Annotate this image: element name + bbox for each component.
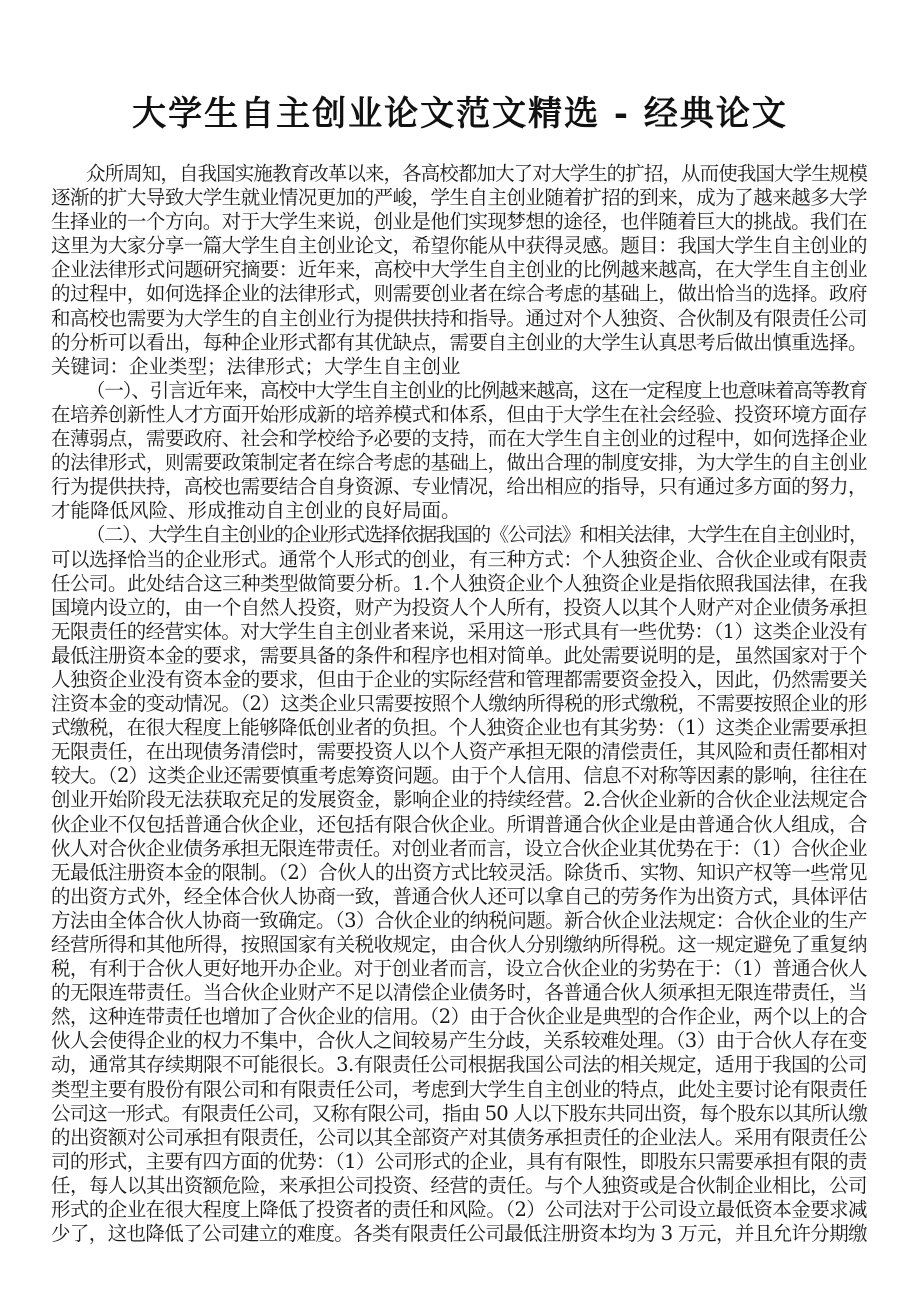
- text-line: 类型主要有股份有限公司和有限责任公司，考虑到大学生自主创业的特点，此处主要讨论有…: [51, 1078, 867, 1102]
- text-line: 创业开始阶段无法获取充足的发展资金，影响企业的持续经营。2.合伙企业新的合伙企业…: [51, 788, 867, 812]
- text-line: （一）、引言近年来，高校中大学生自主创业的比例越来越高，这在一定程度上也意味着高…: [51, 379, 867, 403]
- text-line: 动，通常其存续期限不可能很长。3.有限责任公司根据我国公司法的相关规定，适用于我…: [51, 1053, 867, 1077]
- text-line: 最低注册资本金的要求，需要具备的条件和程序也相对简单。此处需要说明的是，虽然国家…: [51, 644, 867, 668]
- text-line: 在培养创新性人才方面开始形成新的培养模式和体系，但由于大学生在社会经验、投资环境…: [51, 403, 867, 427]
- text-line: 伙企业不仅包括普通合伙企业，还包括有限合伙企业。所谓普通合伙企业是由普通合伙人组…: [51, 813, 867, 837]
- text-line: 人独资企业没有资本金的要求，但由于企业的实际经营和管理都需要资金投入，因此，仍然…: [51, 668, 867, 692]
- text-line: 无限责任的经营实体。对大学生自主创业者来说，采用这一形式具有一些优势：（1）这类…: [51, 620, 867, 644]
- text-line: 这里为大家分享一篇大学生自主创业论文，希望你能从中获得灵感。题目：我国大学生自主…: [51, 234, 867, 258]
- text-line: 方法由全体合伙人协商一致确定。（3）合伙企业的纳税问题。新合伙企业法规定：合伙企…: [51, 909, 867, 933]
- text-line: 国境内设立的，由一个自然人投资，财产为投资人个人所有，投资人以其个人财产对企业债…: [51, 596, 867, 620]
- document-title: 大学生自主创业论文范文精选 - 经典论文: [0, 86, 920, 135]
- text-line: 众所周知，自我国实施教育改革以来，各高校都加大了对大学生的扩招，从而使我国大学生…: [51, 162, 867, 186]
- text-line: 和高校也需要为大学生的自主创业行为提供扶持和指导。通过对个人独资、合伙制及有限责…: [51, 307, 867, 331]
- text-line: 伙人对合伙企业债务承担无限连带责任。对创业者而言，设立合伙企业其优势在于：（1）…: [51, 837, 867, 861]
- text-line: 税，有利于合伙人更好地开办企业。对于创业者而言，设立合伙企业的劣势在于：（1）普…: [51, 957, 867, 981]
- text-line: 的出资方式外，经全体合伙人协商一致，普通合伙人还可以拿自己的劳务作为出资方式，具…: [51, 885, 867, 909]
- text-line: 行为提供扶持，高校也需要结合自身资源、专业情况，给出相应的指导，只有通过多方面的…: [51, 475, 867, 499]
- text-line: 企业法律形式问题研究摘要：近年来，高校中大学生自主创业的比例越来越高，在大学生自…: [51, 258, 867, 282]
- text-line: 逐渐的扩大导致大学生就业情况更加的严峻，学生自主创业随着扩招的到来，成为了越来越…: [51, 186, 867, 210]
- text-line: 可以选择恰当的企业形式。通常个人形式的创业，有三种方式：个人独资企业、合伙企业或…: [51, 548, 867, 572]
- text-line: 较大。（2）这类企业还需要慎重考虑筹资问题。由于个人信用、信息不对称等因素的影响…: [51, 764, 867, 788]
- text-line: 式缴税，在很大程度上能够降低创业者的负担。个人独资企业也有其劣势：（1）这类企业…: [51, 716, 867, 740]
- text-line: 的分析可以看出，每种企业形式都有其优缺点，需要自主创业的大学生认真思考后做出慎重…: [51, 331, 867, 355]
- text-line: 伙人会使得企业的权力不集中，合伙人之间较易产生分歧，关系较难处理。（3）由于合伙…: [51, 1029, 867, 1053]
- text-line: 形式的企业在很大程度上降低了投资者的责任和风险。（2）公司法对于公司设立最低资本…: [51, 1198, 867, 1222]
- text-line: 在薄弱点，需要政府、社会和学校给予必要的支持，而在大学生自主创业的过程中，如何选…: [51, 427, 867, 451]
- text-line: 无最低注册资本金的限制。（2）合伙人的出资方式比较灵活。除货币、实物、知识产权等…: [51, 861, 867, 885]
- document-page: 大学生自主创业论文范文精选 - 经典论文 众所周知，自我国实施教育改革以来，各高…: [0, 0, 920, 1302]
- text-line: 任公司。此处结合这三种类型做简要分析。1.个人独资企业个人独资企业是指依照我国法…: [51, 572, 867, 596]
- text-line: 公司这一形式。有限责任公司，又称有限公司，指由 50 人以下股东共同出资，每个股…: [51, 1102, 867, 1126]
- text-line: 关键词：企业类型；法律形式；大学生自主创业: [51, 355, 867, 379]
- text-line: （二）、大学生自主创业的企业形式选择依据我国的《公司法》和相关法律，大学生在自主…: [51, 523, 867, 547]
- text-line: 任，每人以其出资额危险，来承担公司投资、经营的责任。与个人独资或是合伙制企业相比…: [51, 1174, 867, 1198]
- text-line: 注资本金的变动情况。（2）这类企业只需要按照个人缴纳所得税的形式缴税，不需要按照…: [51, 692, 867, 716]
- text-line: 然，这种连带责任也增加了合伙企业的信用。（2）由于合伙企业是典型的合作企业，两个…: [51, 1005, 867, 1029]
- text-line: 的无限连带责任。当合伙企业财产不足以清偿企业债务时，各普通合伙人须承担无限连带责…: [51, 981, 867, 1005]
- text-line: 无限责任，在出现债务清偿时，需要投资人以个人资产承担无限的清偿责任，其风险和责任…: [51, 740, 867, 764]
- text-line: 司的形式，主要有四方面的优势：（1）公司形式的企业，具有有限性，即股东只需要承担…: [51, 1150, 867, 1174]
- text-line: 生择业的一个方向。对于大学生来说，创业是他们实现梦想的途径，也伴随着巨大的挑战。…: [51, 210, 867, 234]
- text-line: 的法律形式，则需要政策制定者在综合考虑的基础上，做出合理的制度安排，为大学生的自…: [51, 451, 867, 475]
- text-line: 才能降低风险、形成推动自主创业的良好局面。: [51, 499, 867, 523]
- text-line: 经营所得和其他所得，按照国家有关税收规定，由合伙人分别缴纳所得税。这一规定避免了…: [51, 933, 867, 957]
- text-line: 的过程中，如何选择企业的法律形式，则需要创业者在综合考虑的基础上，做出恰当的选择…: [51, 282, 867, 306]
- text-line: 少了，这也降低了公司建立的难度。各类有限责任公司最低注册资本均为 3 万元，并且…: [51, 1222, 867, 1246]
- document-body: 众所周知，自我国实施教育改革以来，各高校都加大了对大学生的扩招，从而使我国大学生…: [51, 162, 867, 1246]
- text-line: 的出资额对公司承担有限责任，公司以其全部资产对其债务承担责任的企业法人。采用有限…: [51, 1126, 867, 1150]
